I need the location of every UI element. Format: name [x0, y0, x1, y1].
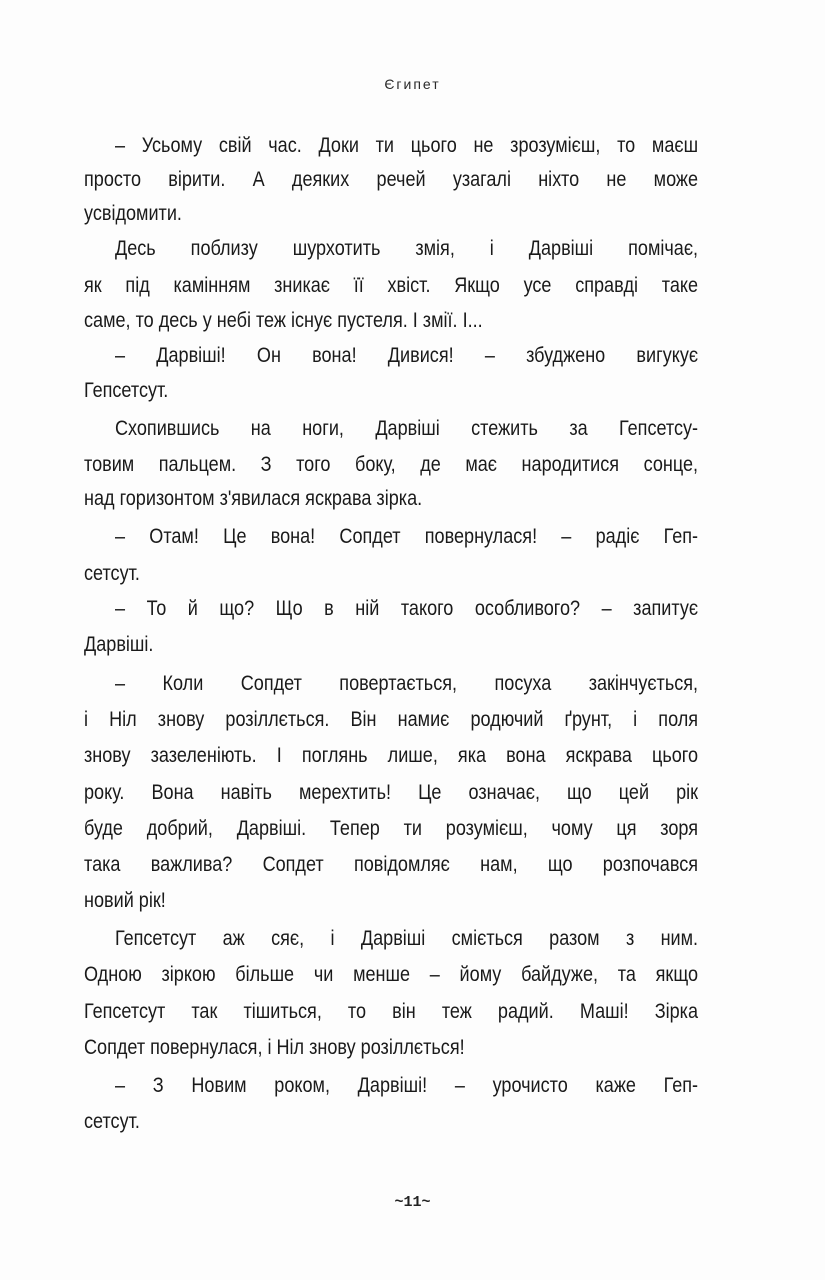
text-line: сетсут. [84, 1107, 612, 1137]
text-line: як під камінням зникає її хвіст. Якщо ус… [84, 271, 698, 301]
text-line: – Коли Сопдет повертається, посуха закін… [115, 669, 698, 699]
text-line: над горизонтом з'явилася яскрава зірка. [84, 484, 612, 514]
text-line: Гепсетсут так тішиться, то він теж радий… [84, 997, 698, 1027]
text-line: усвідомити. [84, 199, 612, 229]
text-line: новий рік! [84, 886, 612, 916]
text-line: буде добрий, Дарвіші. Тепер ти розумієш,… [84, 814, 698, 844]
text-line: – Отам! Це вона! Сопдет повернулася! – р… [115, 522, 698, 552]
text-line: товим пальцем. З того боку, де має народ… [84, 450, 698, 480]
text-line: така важлива? Сопдет повідомляє нам, що … [84, 850, 698, 880]
text-line: року. Вона навіть мерехтить! Це означає,… [84, 778, 698, 808]
text-line: Схопившись на ноги, Дарвіші стежить за Г… [115, 414, 698, 444]
text-line: Десь поблизу шурхотить змія, і Дарвіші п… [115, 234, 698, 264]
text-line: саме, то десь у небі теж існує пустеля. … [84, 306, 612, 336]
text-line: – То й що? Що в ній такого особливого? –… [115, 594, 698, 624]
page-number: ~11~ [0, 1194, 825, 1211]
text-line: Дарвіші. [84, 630, 612, 660]
text-line: – З Новим роком, Дарвіші! – урочисто каж… [115, 1071, 698, 1101]
text-line: і Ніл знову розіллється. Він намиє родюч… [84, 705, 698, 735]
text-line: Одною зіркою більше чи менше – йому байд… [84, 960, 698, 990]
running-head: Єгипет [0, 76, 825, 92]
text-line: Сопдет повернулася, і Ніл знову розіллєт… [84, 1033, 612, 1063]
text-line: – Дарвіші! Он вона! Дивися! – збуджено в… [115, 341, 698, 371]
text-line: Гепсетсут. [84, 376, 612, 406]
text-line: Гепсетсут аж сяє, і Дарвіші сміється раз… [115, 924, 698, 954]
text-line: сетсут. [84, 559, 612, 589]
text-line: просто вірити. А деяких речей узагалі ні… [84, 165, 698, 195]
text-line: знову зазеленіють. І поглянь лише, яка в… [84, 741, 698, 771]
text-line: – Усьому свій час. Доки ти цього не зроз… [115, 131, 698, 161]
